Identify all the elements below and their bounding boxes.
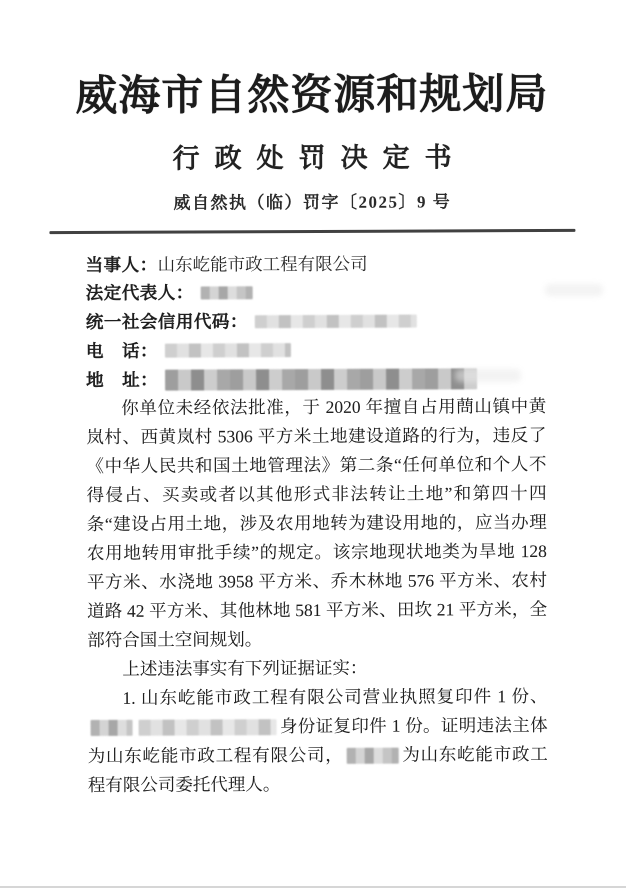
redacted-address [165,368,477,390]
scan-artifact [455,369,521,382]
page-edge-line [0,886,626,888]
party-row-credit-code: 统一社会信用代码： [86,306,546,337]
document-number: 威自然执（临）罚字〔2025〕9 号 [0,186,625,214]
party-label: 当事人： [86,254,158,274]
party-label: 地 址： [86,369,158,389]
redacted-person-fragment-1 [91,720,133,736]
header-divider-rule [49,229,575,234]
party-row-name: 当事人：山东屹能市政工程有限公司 [86,249,546,280]
document-body: 你单位未经依法批准，于 2020 年擅自占用蔄山镇中黄岚村、西黄岚村 5306 … [86,392,548,800]
redacted-person-fragment-2 [139,719,277,736]
evidence-text-1: 1. 山东屹能市政工程有限公司营业执照复印件 1 份、 [122,686,547,708]
document-content: 威海市自然资源和规划局 行政处罚决定书 威自然执（临）罚字〔2025〕9 号 当… [0,71,626,801]
redacted-phone [165,343,291,358]
document-page: 威海市自然资源和规划局 行政处罚决定书 威自然执（临）罚字〔2025〕9 号 当… [0,0,626,889]
violation-paragraph: 你单位未经依法批准，于 2020 年擅自占用蔄山镇中黄岚村、西黄岚村 5306 … [86,392,547,655]
party-label: 法定代表人： [86,283,194,303]
party-label: 统一社会信用代码： [86,311,248,332]
evidence-item-1: 1. 山东屹能市政工程有限公司营业执照复印件 1 份、身份证复印件 1 份。证明… [87,682,548,800]
party-value: 山东屹能市政工程有限公司 [158,253,368,274]
redacted-credit-code [255,315,417,329]
redacted-legal-representative [201,287,253,300]
party-row-legal-representative: 法定代表人： [86,277,546,308]
party-row-phone: 电 话： [86,335,546,366]
evidence-intro-paragraph: 上述违法事实有下列证据证实： [87,653,547,684]
document-title: 行政处罚决定书 [0,141,625,176]
party-label: 电 话： [86,340,158,360]
authority-title: 威海市自然资源和规划局 [0,71,625,122]
scan-artifact [545,284,603,296]
redacted-person-fragment-3 [347,748,399,764]
